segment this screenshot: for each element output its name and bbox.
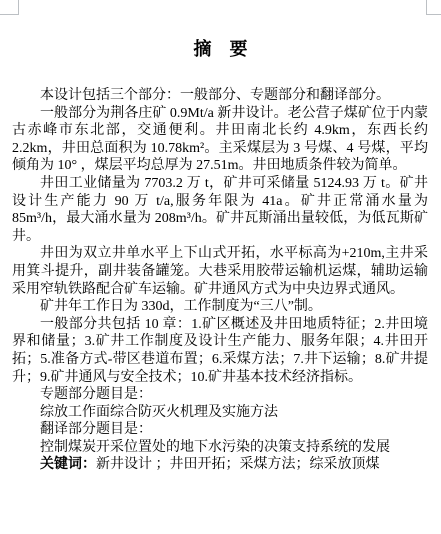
paragraph-general-overview: 一般部分为荆各庄矿 0.9Mt/a 新井设计。老公营子煤矿位于内蒙古赤峰市东北部… xyxy=(12,105,428,175)
abstract-body: 本设计包括三个部分：一般部分、专题部分和翻译部分。 一般部分为荆各庄矿 0.9M… xyxy=(12,87,428,474)
paragraph-development: 井田为双立井单水平上下山式开拓，水平标高为+210m,主井采用箕斗提升，副井装备… xyxy=(12,245,428,298)
keywords-text: 新井设计 ；井田开拓；采煤方法；综采放顶煤 xyxy=(96,457,380,472)
paragraph-reserves: 井田工业储量为 7703.2 万 t，矿井可采储量 5124.93 万 t。矿井… xyxy=(12,175,428,245)
paragraph-translation-title: 控制煤炭开采位置处的地下水污染的决策支持系统的发展 xyxy=(12,439,428,457)
paragraph-work-system: 矿井年工作日为 330d，工作制度为“三八”制。 xyxy=(12,298,428,316)
paragraph-special-topic-title: 综放工作面综合防灭火机理及实施方法 xyxy=(12,404,428,422)
paragraph-translation-heading: 翻译部分题目是： xyxy=(12,421,428,439)
keywords-line: 关键词：新井设计 ；井田开拓；采煤方法；综采放顶煤 xyxy=(12,456,428,474)
paragraph-intro: 本设计包括三个部分：一般部分、专题部分和翻译部分。 xyxy=(12,87,428,105)
page-margin-mark-top-left xyxy=(0,0,19,15)
keywords-label: 关键词： xyxy=(40,457,96,472)
paragraph-special-topic-heading: 专题部分题目是： xyxy=(12,386,428,404)
page-title: 摘 要 xyxy=(0,0,441,61)
paragraph-chapter-list: 一般部分共包括 10 章：1.矿区概述及井田地质特征；2.井田境界和储量；3.矿… xyxy=(12,316,428,386)
document-page: 摘 要 本设计包括三个部分：一般部分、专题部分和翻译部分。 一般部分为荆各庄矿 … xyxy=(0,0,441,534)
page-margin-mark-top-right xyxy=(426,0,441,15)
